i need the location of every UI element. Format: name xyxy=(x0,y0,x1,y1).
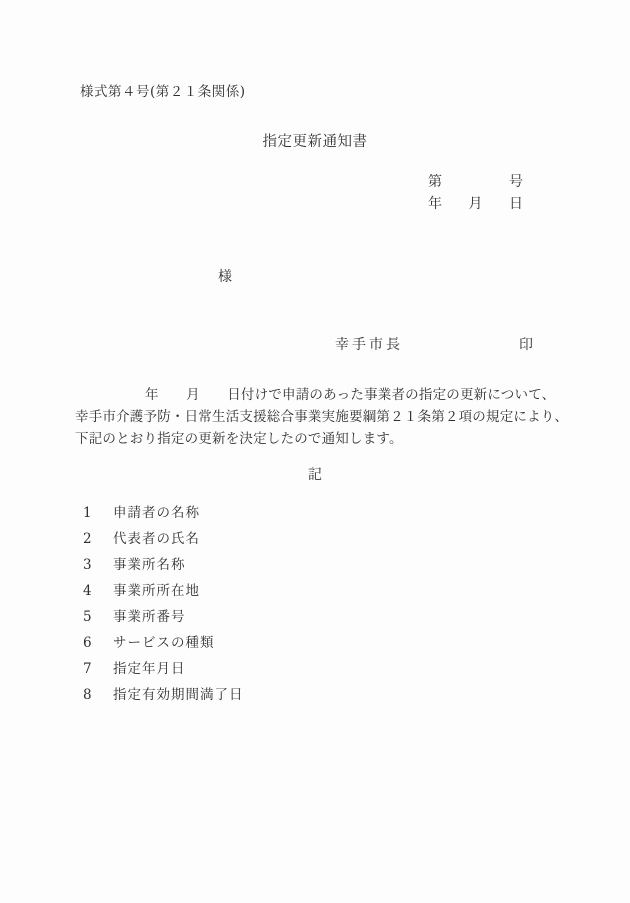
doc-number-suffix: 号 xyxy=(509,171,523,191)
date-line: 年 月 日 xyxy=(428,193,523,213)
item-list: 1 申請者の名称 2 代表者の氏名 3 事業所名称 4 事業所所在地 5 事業所… xyxy=(83,500,570,708)
item-number: 5 xyxy=(83,604,113,630)
item-number: 6 xyxy=(83,630,113,656)
item-label: 事業所名称 xyxy=(113,552,186,578)
item-number: 2 xyxy=(83,526,113,552)
item-number: 7 xyxy=(83,656,113,682)
list-item: 6 サービスの種類 xyxy=(83,630,570,656)
date-month-label: 月 xyxy=(469,193,483,213)
seal-mark: 印 xyxy=(519,334,533,354)
item-label: サービスの種類 xyxy=(113,630,215,656)
item-label: 指定有効期間満了日 xyxy=(113,682,244,708)
item-number: 4 xyxy=(83,578,113,604)
item-label: 代表者の氏名 xyxy=(113,526,200,552)
list-item: 1 申請者の名称 xyxy=(83,500,570,526)
body-line-1: 年 月 日付けで申請のあった事業者の指定の更新について、 xyxy=(75,384,557,406)
doc-number-line: 第 号 xyxy=(428,171,523,191)
item-number: 1 xyxy=(83,500,113,526)
doc-number-prefix: 第 xyxy=(428,171,442,191)
body-line-3: 下記のとおり指定の更新を決定したので通知します。 xyxy=(75,428,557,450)
form-number: 様式第４号(第２１条関係) xyxy=(80,80,246,100)
item-number: 3 xyxy=(83,552,113,578)
body-line-2: 幸手市介護予防・日常生活支援総合事業実施要綱第２１条第２項の規定により、 xyxy=(75,406,557,428)
document-page: 様式第４号(第２１条関係) 指定更新通知書 第 号 年 月 日 様 幸手市長 印… xyxy=(0,0,630,903)
addressee-honorific: 様 xyxy=(218,269,232,285)
document-title: 指定更新通知書 xyxy=(0,130,630,151)
item-label: 申請者の名称 xyxy=(113,500,200,526)
list-item: 5 事業所番号 xyxy=(83,604,570,630)
list-item: 3 事業所名称 xyxy=(83,552,570,578)
date-day-label: 日 xyxy=(509,193,523,213)
sender-name: 幸手市長 xyxy=(335,334,403,354)
list-item: 4 事業所所在地 xyxy=(83,578,570,604)
sender-line: 幸手市長 印 xyxy=(335,334,533,354)
item-label: 指定年月日 xyxy=(113,656,186,682)
date-year-label: 年 xyxy=(428,193,442,213)
item-number: 8 xyxy=(83,682,113,708)
list-item: 2 代表者の氏名 xyxy=(83,526,570,552)
note-heading: 記 xyxy=(0,464,630,484)
addressee-line: 様 xyxy=(218,266,232,286)
body-paragraph: 年 月 日付けで申請のあった事業者の指定の更新について、 幸手市介護予防・日常生… xyxy=(75,384,557,450)
item-label: 事業所所在地 xyxy=(113,578,200,604)
list-item: 8 指定有効期間満了日 xyxy=(83,682,570,708)
item-label: 事業所番号 xyxy=(113,604,186,630)
list-item: 7 指定年月日 xyxy=(83,656,570,682)
